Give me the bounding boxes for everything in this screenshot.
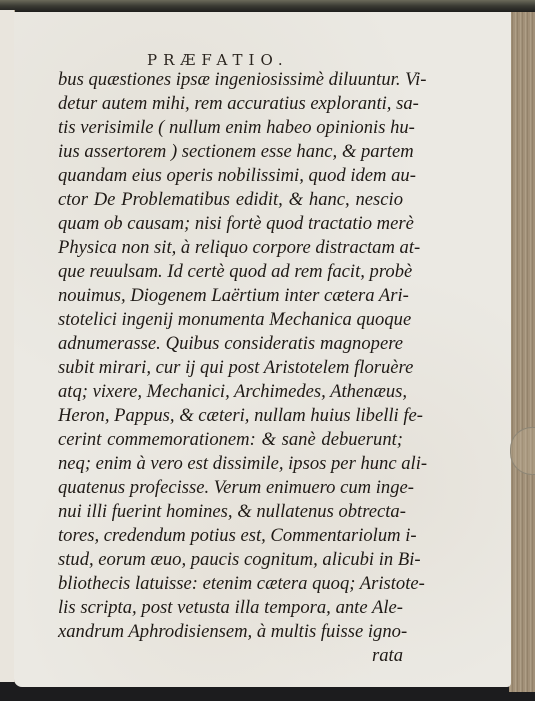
left-page-edge	[0, 10, 15, 682]
body-text: bus quæstiones ipsæ ingeniosissimè diluu…	[58, 68, 403, 668]
text-line: adnumerasse. Quibus consideratis magnope…	[58, 332, 403, 356]
text-line: Physica non sit, à reliquo corpore distr…	[58, 236, 403, 260]
text-line: ctor De Problematibus edidit, & hanc, ne…	[58, 188, 403, 212]
text-line: quandam eius operis nobilissimi, quod id…	[58, 164, 403, 188]
text-line: atq; vixere, Mechanici, Archimedes, Athe…	[58, 380, 403, 404]
text-line: ius assertorem ) sectionem esse hanc, & …	[58, 140, 403, 164]
text-line: que reuulsam. Id certè quod ad rem facit…	[58, 260, 403, 284]
catchword: rata	[58, 644, 403, 668]
text-line: nui illi fuerint homines, & nullatenus o…	[58, 500, 403, 524]
text-line: quam ob causam; nisi fortè quod tractati…	[58, 212, 403, 236]
text-line: stud, eorum æuo, paucis cognitum, alicub…	[58, 548, 403, 572]
running-head: PRÆFATIO.	[147, 51, 289, 69]
page-edges-stack	[509, 12, 535, 692]
text-line: quatenus profecisse. Verum enimuero cum …	[58, 476, 403, 500]
text-line: cerint commemorationem: & sanè debuerunt…	[58, 428, 403, 452]
text-line: detur autem mihi, rem accuratius explora…	[58, 92, 403, 116]
text-line: tis verisimile ( nullum enim habeo opini…	[58, 116, 403, 140]
text-line: tores, credendum potius est, Commentario…	[58, 524, 403, 548]
text-line: subit mirari, cur ij qui post Aristotele…	[58, 356, 403, 380]
text-line: bus quæstiones ipsæ ingeniosissimè diluu…	[58, 68, 403, 92]
text-line: lis scripta, post vetusta illa tempora, …	[58, 596, 403, 620]
text-line: stotelici ingenij monumenta Mechanica qu…	[58, 308, 403, 332]
text-line: bliothecis latuisse: etenim cætera quoq;…	[58, 572, 403, 596]
text-line: neq; enim à vero est dissimile, ipsos pe…	[58, 452, 403, 476]
text-line: Heron, Pappus, & cæteri, nullam huius li…	[58, 404, 403, 428]
text-line: xandrum Aphrodisiensem, à multis fuisse …	[58, 620, 403, 644]
text-line: nouimus, Diogenem Laërtium inter cætera …	[58, 284, 403, 308]
